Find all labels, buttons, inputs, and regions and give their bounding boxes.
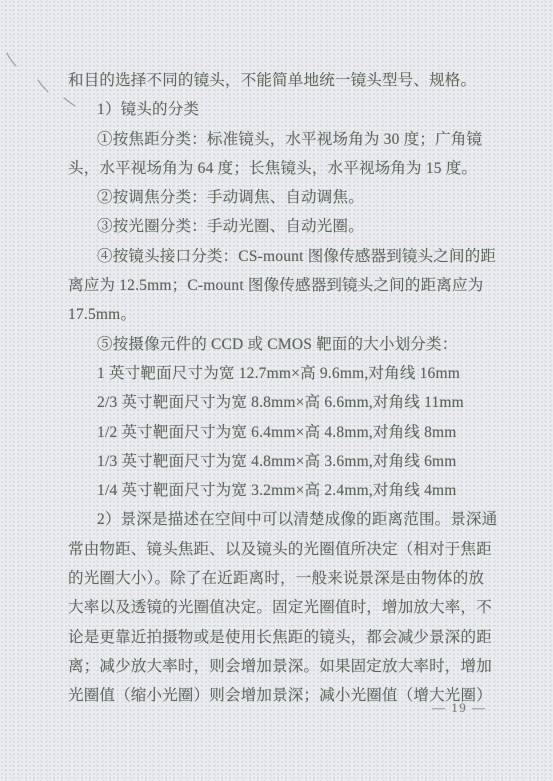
text-line: 论是更靠近拍摄物或是使用长焦距的镜头，都会减少景深的距 xyxy=(68,623,500,652)
page-number: — 19 — xyxy=(432,700,522,716)
text-line: 2）景深是描述在空间中可以清楚成像的距离范围。景深通 xyxy=(68,505,500,534)
text-line: 离应为 12.5mm；C-mount 图像传感器到镜头之间的距离应为 xyxy=(68,271,500,300)
text-line: ②按调焦分类：手动调焦、自动调焦。 xyxy=(68,183,500,212)
text-line: 常由物距、镜头焦距、以及镜头的光圈值所决定（相对于焦距 xyxy=(68,535,500,564)
text-line: 头，水平视场角为 64 度；长焦镜头，水平视场角为 15 度。 xyxy=(68,154,500,183)
text-line: 1/4 英寸靶面尺寸为宽 3.2mm×高 2.4mm,对角线 4mm xyxy=(68,476,500,505)
text-line: ①按焦距分类：标准镜头，水平视场角为 30 度；广角镜 xyxy=(68,125,500,154)
text-line: 离；减少放大率时，则会增加景深。如果固定放大率时，增加 xyxy=(68,652,500,681)
text-line: 1/3 英寸靶面尺寸为宽 4.8mm×高 3.6mm,对角线 6mm xyxy=(68,447,500,476)
text-line: 和目的选择不同的镜头，不能简单地统一镜头型号、规格。 xyxy=(68,66,500,95)
scanned-document-page: 和目的选择不同的镜头，不能简单地统一镜头型号、规格。 1）镜头的分类 ①按焦距分… xyxy=(0,0,553,781)
text-line: ⑤按摄像元件的 CCD 或 CMOS 靶面的大小划分类： xyxy=(68,330,500,359)
pen-mark-icon xyxy=(7,53,16,66)
text-line: 2/3 英寸靶面尺寸为宽 8.8mm×高 6.6mm,对角线 11mm xyxy=(68,388,500,417)
document-body: 和目的选择不同的镜头，不能简单地统一镜头型号、规格。 1）镜头的分类 ①按焦距分… xyxy=(68,66,500,711)
text-line: 的光圈大小）。除了在近距离时，一般来说景深是由物体的放 xyxy=(68,564,500,593)
pen-mark-icon xyxy=(38,80,48,92)
text-line: ④按镜头接口分类：CS-mount 图像传感器到镜头之间的距 xyxy=(68,242,500,271)
text-line: 大率以及透镜的光圈值决定。固定光圈值时，增加放大率，不 xyxy=(68,593,500,622)
text-line: 1 英寸靶面尺寸为宽 12.7mm×高 9.6mm,对角线 16mm xyxy=(68,359,500,388)
text-line: 1）镜头的分类 xyxy=(68,95,500,124)
text-line: 1/2 英寸靶面尺寸为宽 6.4mm×高 4.8mm,对角线 8mm xyxy=(68,418,500,447)
text-line: ③按光圈分类：手动光圈、自动光圈。 xyxy=(68,212,500,241)
text-line: 17.5mm。 xyxy=(68,300,500,329)
